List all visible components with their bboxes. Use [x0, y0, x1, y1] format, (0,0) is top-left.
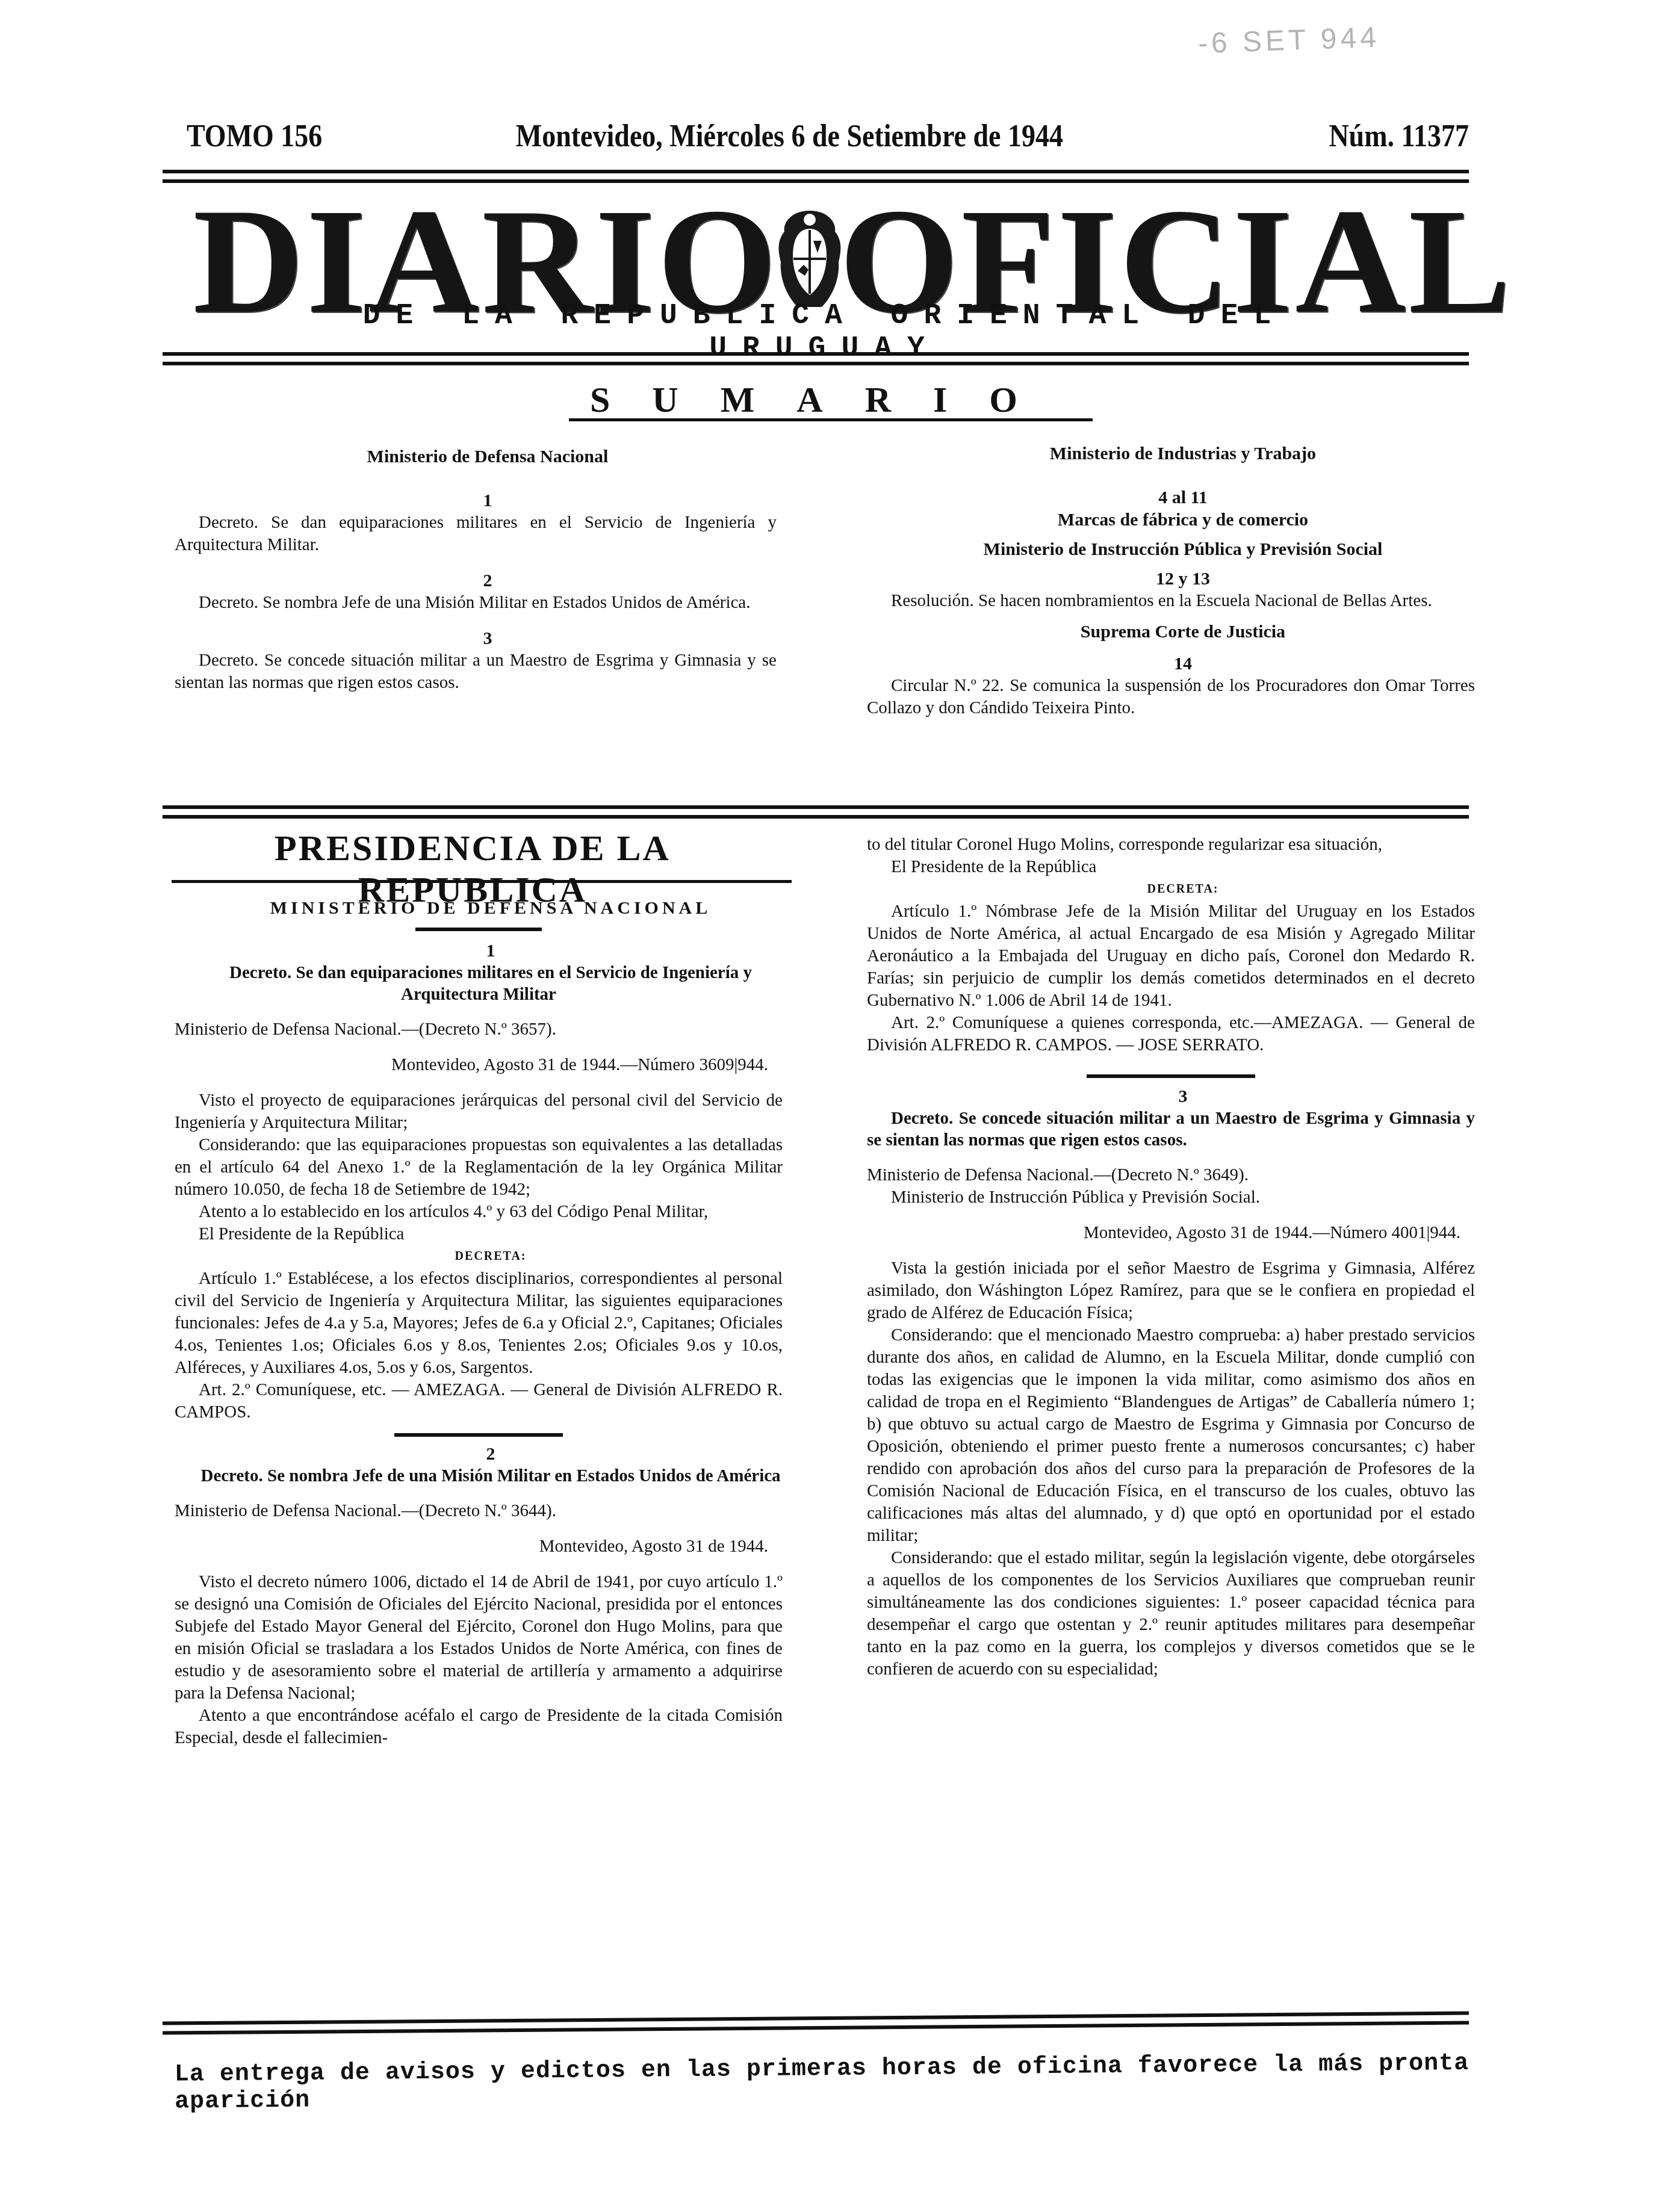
sumario-item: Decreto. Se nombra Jefe de una Misión Mi… [175, 592, 777, 614]
decree-dateline: Montevideo, Agosto 31 de 1944.—Número 40… [867, 1222, 1475, 1244]
ministry-heading: MINISTERIO DE DEFENSA NACIONAL [175, 897, 783, 919]
decree-number: 2 [175, 1443, 783, 1465]
newspaper-page: -6 SET 944 TOMO 156 Montevideo, Miércole… [0, 0, 1676, 2212]
decreta-label: DECRETA: [175, 1245, 783, 1268]
sumario-item-number: 12 y 13 [867, 568, 1475, 590]
decree-reference: Ministerio de Defensa Nacional.—(Decreto… [867, 1164, 1475, 1186]
decree-headline: Decreto. Se dan equiparaciones militares… [175, 962, 783, 1005]
sumario-item: Circular N.º 22. Se comunica la suspensi… [867, 675, 1475, 719]
footer-rule [163, 2011, 1469, 2034]
issue-date: Montevideo, Miércoles 6 de Setiembre de … [516, 117, 1063, 154]
decree-paragraph: El Presidente de la República [175, 1223, 783, 1245]
decree-paragraph: Considerando: que el estado militar, seg… [867, 1547, 1475, 1681]
divider [415, 928, 542, 931]
divider [1087, 1074, 1255, 1078]
sumario-item-number: 3 [175, 627, 777, 649]
sumario-bottom-rule [163, 805, 1469, 819]
decree-paragraph: El Presidente de la República [867, 856, 1475, 878]
sumario-item-number: 1 [175, 489, 777, 512]
decree-reference: Ministerio de Instrucción Pública y Prev… [867, 1186, 1475, 1209]
decree-headline: Decreto. Se concede situación militar a … [867, 1108, 1475, 1151]
sumario-item-number: 4 al 11 [867, 486, 1475, 509]
decree-paragraph: Considerando: que el mencionado Maestro … [867, 1324, 1475, 1547]
decree-article: Art. 2.º Comuníquese, etc. — AMEZAGA. — … [175, 1379, 783, 1424]
sumario-ministry: Ministerio de Instrucción Pública y Prev… [867, 538, 1475, 560]
decree-paragraph: Atento a lo establecido en los artículos… [175, 1201, 783, 1223]
footer-notice: La entrega de avisos y edictos en las pr… [175, 2049, 1500, 2115]
decree-paragraph: Visto el decreto número 1006, dictado el… [175, 1571, 783, 1705]
tomo-label: TOMO 156 [187, 117, 322, 154]
sumario-item: Resolución. Se hacen nombramientos en la… [867, 590, 1475, 612]
decree-article: Art. 2.º Comuníquese a quienes correspon… [867, 1012, 1475, 1056]
sumario-right-column: Ministerio de Industrias y Trabajo 4 al … [867, 442, 1475, 719]
section-title-rule [172, 880, 792, 883]
sumario-left-column: Ministerio de Defensa Nacional 1 Decreto… [175, 445, 777, 694]
masthead-info-line: TOMO 156 Montevideo, Miércoles 6 de Seti… [187, 111, 1469, 160]
decree-number: 3 [867, 1085, 1475, 1108]
sumario-item-number: 2 [175, 569, 777, 592]
sumario-ministry: Suprema Corte de Justicia [867, 621, 1475, 643]
decree-number: 1 [175, 940, 783, 962]
issue-number: Núm. 11377 [1329, 117, 1469, 154]
sumario-underline [569, 418, 1093, 421]
sumario-heading: SUMARIO [560, 379, 1090, 421]
decree-headline: Decreto. Se nombra Jefe de una Misión Mi… [175, 1465, 783, 1487]
decree-reference: Ministerio de Defensa Nacional.—(Decreto… [175, 1500, 783, 1522]
sumario-item-number: 14 [867, 652, 1475, 675]
decree-article: Artículo 1.º Nómbrase Jefe de la Misión … [867, 900, 1475, 1012]
sumario-item: Marcas de fábrica y de comercio [867, 509, 1475, 531]
received-stamp: -6 SET 944 [1197, 21, 1380, 61]
body-left-column: MINISTERIO DE DEFENSA NACIONAL 1 Decreto… [175, 897, 783, 1749]
masthead-bottom-rule [163, 352, 1469, 365]
decreta-label: DECRETA: [867, 878, 1475, 900]
decree-dateline: Montevideo, Agosto 31 de 1944. [175, 1535, 783, 1558]
divider [394, 1433, 563, 1437]
decree-paragraph: Vista la gestión iniciada por el señor M… [867, 1257, 1475, 1324]
decree-dateline: Montevideo, Agosto 31 de 1944.—Número 36… [175, 1054, 783, 1076]
sumario-ministry: Ministerio de Defensa Nacional [175, 445, 777, 468]
decree-article: Artículo 1.º Establécese, a los efectos … [175, 1268, 783, 1379]
decree-continuation: to del titular Coronel Hugo Molins, corr… [867, 834, 1475, 856]
sumario-item: Decreto. Se dan equiparaciones militares… [175, 512, 777, 556]
sumario-item: Decreto. Se concede situación militar a … [175, 649, 777, 694]
decree-paragraph: Considerando: que las equiparaciones pro… [175, 1134, 783, 1201]
sumario-ministry: Ministerio de Industrias y Trabajo [867, 442, 1475, 465]
decree-paragraph: Atento a que encontrándose acéfalo el ca… [175, 1705, 783, 1749]
decree-reference: Ministerio de Defensa Nacional.—(Decreto… [175, 1018, 783, 1041]
decree-paragraph: Visto el proyecto de equiparaciones jerá… [175, 1089, 783, 1134]
body-right-column: to del titular Coronel Hugo Molins, corr… [867, 834, 1475, 1681]
